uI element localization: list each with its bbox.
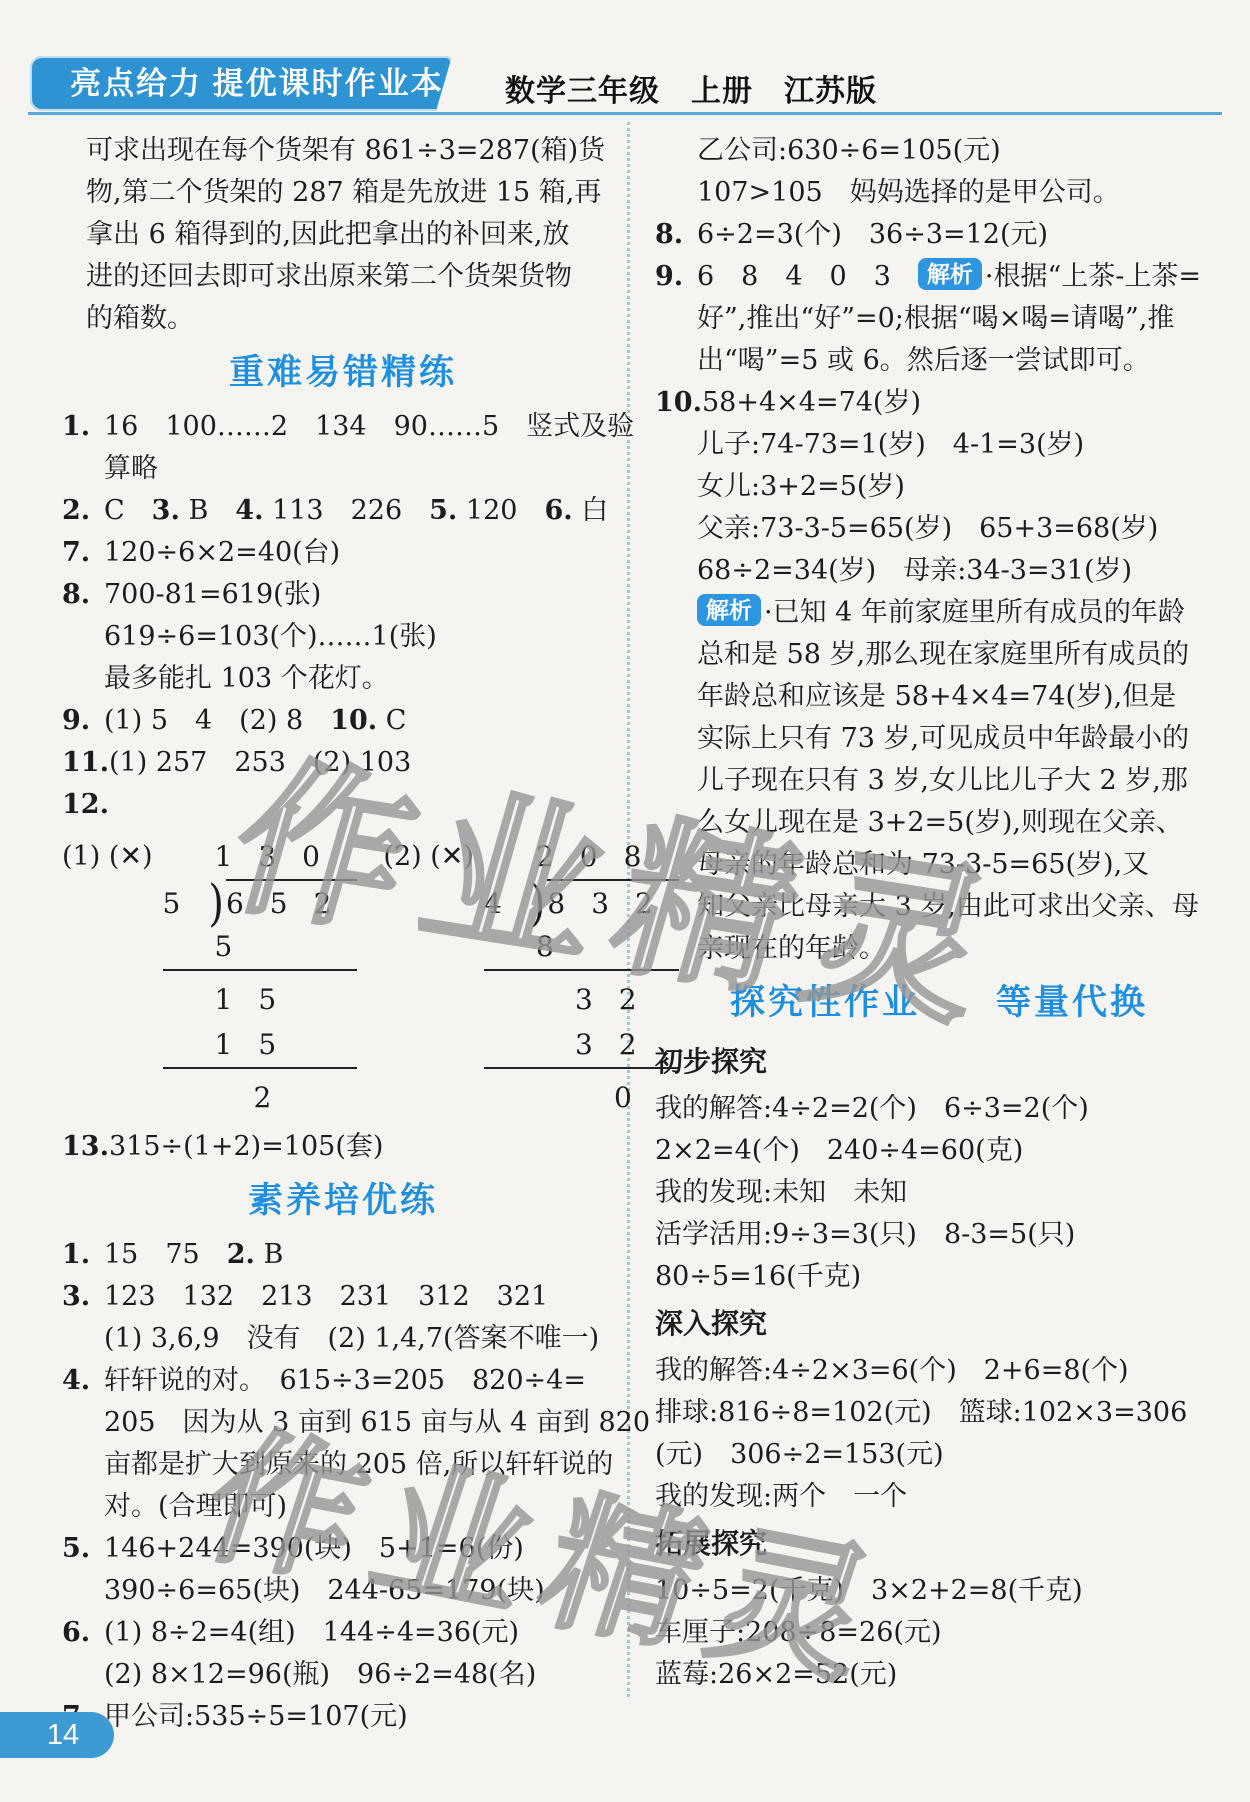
text-span: (1) 257 253 (2) 103 <box>109 747 411 778</box>
text-line: 解析·已知 4 年前家庭里所有成员的年龄 <box>655 592 1223 634</box>
text-span: 拓展探究 <box>655 1528 767 1559</box>
dividend-row: 4)832 <box>484 879 679 924</box>
text-span: 113 226 <box>263 495 429 526</box>
text-line: 4.轩轩说的对。 615÷3=205 820÷4= <box>62 1360 624 1402</box>
text-line: 物,第二个货架的 287 箱是先放进 15 箱,再 <box>62 172 624 214</box>
text-span: 排球:816÷8=102(元) 篮球:102×3=306 <box>655 1397 1187 1428</box>
sub-heading: 拓展探究 <box>655 1518 1223 1570</box>
text-span: 蓝莓:26×2=52(元) <box>655 1659 897 1690</box>
item-number: 11. <box>62 742 109 784</box>
text-span: 活学活用:9÷3=3(只) 8-3=5(只) <box>655 1219 1075 1250</box>
text-line: 活学活用:9÷3=3(只) 8-3=5(只) <box>655 1214 1223 1256</box>
text-span: 我的发现:两个 一个 <box>655 1481 907 1512</box>
text-span: 146+244=390(块) 5+1=6(份) <box>104 1533 524 1564</box>
text-span: 123 132 213 231 312 321 <box>104 1281 548 1312</box>
item-number: 5. <box>429 495 457 526</box>
text-line: 我的解答:4÷2×3=6(个) 2+6=8(个) <box>655 1350 1223 1392</box>
text-span: 15 75 <box>104 1239 227 1270</box>
subject-text: 数学三年级 上册 江苏版 <box>505 66 877 110</box>
text-span: 好”,推出“好”=0;根据“喝×喝=请喝”,推 <box>697 303 1174 334</box>
analysis-badge: 解析 <box>697 594 761 626</box>
text-span: 素养培优练 <box>248 1181 438 1220</box>
text-span: 进的还回去即可求出原来第二个货架货物 <box>86 261 572 292</box>
header-banner: 亮点给力 提优课时作业本 <box>30 56 452 111</box>
division-bracket: ) <box>208 876 224 932</box>
text-line: 父亲:73-3-5=65(岁) 65+3=68(岁) <box>655 508 1223 550</box>
logo-text: 亮点给力 提优课时作业本 <box>30 56 452 111</box>
text-span: 700-81=619(张) <box>104 579 321 610</box>
text-line: 11.(1) 257 253 (2) 103 <box>62 742 624 784</box>
text-line: 390÷6=65(块) 244-65=179(块) <box>62 1570 624 1612</box>
right-column: 乙公司:630÷6=105(元)107>105 妈妈选择的是甲公司。8.6÷2=… <box>655 130 1223 1696</box>
text-line: 9.(1) 5 4 (2) 8 10. C <box>62 700 624 742</box>
text-span: 10÷5=2(千克) 3×2+2=8(千克) <box>655 1575 1083 1606</box>
text-span: 白 <box>573 495 609 526</box>
text-line: 7.120÷6×2=40(台) <box>62 532 624 574</box>
item-number: 7. <box>62 532 104 574</box>
text-span: 年龄总和应该是 58+4×4=74(岁),但是 <box>697 681 1176 712</box>
text-span: (1) 3,6,9 没有 (2) 1,4,7(答案不唯一) <box>104 1323 599 1354</box>
text-line: 8.700-81=619(张) <box>62 574 624 616</box>
text-line: 80÷5=16(千克) <box>655 1256 1223 1298</box>
section-heading: 重难易错精练 <box>62 340 624 406</box>
text-line: 7.甲公司:535÷5=107(元) <box>62 1696 624 1738</box>
text-line: 13.315÷(1+2)=105(套) <box>62 1126 624 1168</box>
text-line: 亲现在的年龄。 <box>655 928 1223 970</box>
text-span: 么女儿现在是 3+2=5(岁),则现在父亲、 <box>697 807 1183 838</box>
work-row: 8 <box>484 924 679 969</box>
text-line: 我的发现:两个 一个 <box>655 1476 1223 1518</box>
text-span: 58+4×4=74(岁) <box>702 387 921 418</box>
item-number: 1. <box>62 1234 104 1276</box>
text-line: (1) 3,6,9 没有 (2) 1,4,7(答案不唯一) <box>62 1318 624 1360</box>
work-row: 15 <box>163 977 358 1022</box>
text-line: 可求出现在每个货架有 861÷3=287(箱)货 <box>62 130 624 172</box>
text-line: 儿子现在只有 3 岁,女儿比儿子大 2 岁,那 <box>655 760 1223 802</box>
text-span: ·已知 4 年前家庭里所有成员的年龄 <box>764 597 1185 628</box>
division-block: (1) (✕) 130 5)652 5 15 15 2 (2) (✕) 208 … <box>62 826 624 1126</box>
remainder: 0 <box>484 1075 679 1120</box>
text-span: 深入探究 <box>655 1308 767 1339</box>
text-span: 出“喝”=5 或 6。然后逐一尝试即可。 <box>697 345 1150 376</box>
item-number: 12. <box>62 784 109 826</box>
text-line: 205 因为从 3 亩到 615 亩与从 4 亩到 820 <box>62 1402 624 1444</box>
text-span: 6÷2=3(个) 36÷3=12(元) <box>697 219 1048 250</box>
item-number: 5. <box>62 1528 104 1570</box>
quotient: 130 <box>163 834 358 879</box>
item-number: 10. <box>655 382 702 424</box>
item-number: 4. <box>235 495 263 526</box>
text-span: 205 因为从 3 亩到 615 亩与从 4 亩到 820 <box>104 1407 650 1438</box>
text-span: 儿子:74-73=1(岁) 4-1=3(岁) <box>697 429 1084 460</box>
text-line: 9.6 8 4 0 3 解析·根据“上茶-上茶= <box>655 256 1223 298</box>
text-line: 5.146+244=390(块) 5+1=6(份) <box>62 1528 624 1570</box>
work-row: 5 <box>163 924 358 969</box>
text-span: 最多能扎 103 个花灯。 <box>104 663 389 694</box>
text-span: 107>105 妈妈选择的是甲公司。 <box>697 177 1120 208</box>
section-heading: 素养培优练 <box>62 1168 624 1234</box>
section-heading: 探究性作业 等量代换 <box>655 970 1223 1036</box>
text-line: 实际上只有 73 岁,可见成员中年龄最小的 <box>655 718 1223 760</box>
left-column-lines: 13.315÷(1+2)=105(套)素养培优练1.15 75 2. B3.12… <box>62 1126 624 1738</box>
item-number: 8. <box>62 574 104 616</box>
text-line: 总和是 58 岁,那么现在家庭里所有成员的 <box>655 634 1223 676</box>
text-span: B <box>180 495 235 526</box>
text-span: 物,第二个货架的 287 箱是先放进 15 箱,再 <box>86 177 601 208</box>
division-2-label: (2) (✕) <box>383 834 474 880</box>
text-line: 107>105 妈妈选择的是甲公司。 <box>655 172 1223 214</box>
item-number: 6. <box>62 1612 104 1654</box>
text-span: 儿子现在只有 3 岁,女儿比儿子大 2 岁,那 <box>697 765 1188 796</box>
subtraction-line <box>484 1067 679 1075</box>
text-line: 1.16 100……2 134 90……5 竖式及验 <box>62 406 624 448</box>
text-span: 知父亲比母亲大 3 岁,由此可求出父亲、母 <box>697 891 1199 922</box>
text-line: 10.58+4×4=74(岁) <box>655 382 1223 424</box>
text-span: 我的解答:4÷2=2(个) 6÷3=2(个) <box>655 1093 1089 1124</box>
item-number: 13. <box>62 1126 109 1168</box>
text-span: B <box>255 1239 283 1270</box>
dividend-row: 5)652 <box>163 879 358 924</box>
text-span: C <box>377 705 406 736</box>
text-span: 619÷6=103(个)……1(张) <box>104 621 437 652</box>
text-span: 初步探究 <box>655 1046 767 1077</box>
text-line: 6.(1) 8÷2=4(组) 144÷4=36(元) <box>62 1612 624 1654</box>
text-line: 么女儿现在是 3+2=5(岁),则现在父亲、 <box>655 802 1223 844</box>
text-line: 的箱数。 <box>62 298 624 340</box>
text-span: 120 <box>457 495 544 526</box>
text-span: 探究性作业 等量代换 <box>730 983 1148 1022</box>
header-rule <box>28 112 1222 115</box>
text-line: 车厘子:208÷8=26(元) <box>655 1612 1223 1654</box>
text-line: 拿出 6 箱得到的,因此把拿出的补回来,放 <box>62 214 624 256</box>
text-span: 6 8 4 0 3 <box>697 261 918 292</box>
text-line: 最多能扎 103 个花灯。 <box>62 658 624 700</box>
text-line: 2×2=4(个) 240÷4=60(克) <box>655 1130 1223 1172</box>
quotient: 208 <box>484 834 679 879</box>
text-span: 我的解答:4÷2×3=6(个) 2+6=8(个) <box>655 1355 1129 1386</box>
work-row: 15 <box>163 1022 358 1067</box>
subtraction-line <box>163 969 358 977</box>
text-span: 总和是 58 岁,那么现在家庭里所有成员的 <box>697 639 1189 670</box>
sub-heading: 深入探究 <box>655 1298 1223 1350</box>
left-column-lines: 可求出现在每个货架有 861÷3=287(箱)货物,第二个货架的 287 箱是先… <box>62 130 624 826</box>
text-line: 对。(合理即可) <box>62 1486 624 1528</box>
subtraction-line <box>484 969 679 977</box>
text-line: (元) 306÷2=153(元) <box>655 1434 1223 1476</box>
text-span: 算略 <box>104 453 158 484</box>
text-line: 8.6÷2=3(个) 36÷3=12(元) <box>655 214 1223 256</box>
text-line: 排球:816÷8=102(元) 篮球:102×3=306 <box>655 1392 1223 1434</box>
text-span: 轩轩说的对。 615÷3=205 820÷4= <box>104 1365 586 1396</box>
text-span: 的箱数。 <box>86 303 194 334</box>
text-span: 2×2=4(个) 240÷4=60(克) <box>655 1135 1023 1166</box>
text-span: 乙公司:630÷6=105(元) <box>697 135 1001 166</box>
item-number: 1. <box>62 406 104 448</box>
text-span: 甲公司:535÷5=107(元) <box>104 1701 408 1732</box>
text-line: 女儿:3+2=5(岁) <box>655 466 1223 508</box>
text-line: 1.15 75 2. B <box>62 1234 624 1276</box>
text-span: 拿出 6 箱得到的,因此把拿出的补回来,放 <box>86 219 570 250</box>
text-span: 女儿:3+2=5(岁) <box>697 471 905 502</box>
text-span: (1) 5 4 (2) 8 <box>104 705 330 736</box>
text-span: 实际上只有 73 岁,可见成员中年龄最小的 <box>697 723 1189 754</box>
text-span: 母亲的年龄总和为 73-3-5=65(岁),又 <box>697 849 1149 880</box>
text-line: 2.C 3. B 4. 113 226 5. 120 6. 白 <box>62 490 624 532</box>
left-column: 可求出现在每个货架有 861÷3=287(箱)货物,第二个货架的 287 箱是先… <box>62 130 624 1738</box>
text-line: (2) 8×12=96(瓶) 96÷2=48(名) <box>62 1654 624 1696</box>
text-span: 68÷2=34(岁) 母亲:34-3=31(岁) <box>697 555 1132 586</box>
item-number: 9. <box>62 700 104 742</box>
item-number: 4. <box>62 1360 104 1402</box>
text-line: 年龄总和应该是 58+4×4=74(岁),但是 <box>655 676 1223 718</box>
subtraction-line <box>163 1067 358 1075</box>
text-line: 儿子:74-73=1(岁) 4-1=3(岁) <box>655 424 1223 466</box>
text-span: (2) 8×12=96(瓶) 96÷2=48(名) <box>104 1659 536 1690</box>
sub-heading: 初步探究 <box>655 1036 1223 1088</box>
division-1-label: (1) (✕) <box>62 834 153 880</box>
text-line: 算略 <box>62 448 624 490</box>
item-number: 10. <box>330 705 377 736</box>
text-span: (元) 306÷2=153(元) <box>655 1439 944 1470</box>
text-span: 重难易错精练 <box>229 353 457 392</box>
text-span: 父亲:73-3-5=65(岁) 65+3=68(岁) <box>697 513 1158 544</box>
text-line: 619÷6=103(个)……1(张) <box>62 616 624 658</box>
analysis-badge: 解析 <box>918 258 982 290</box>
page-number-badge: 14 <box>0 1712 114 1758</box>
item-number: 2. <box>227 1239 255 1270</box>
text-line: 我的解答:4÷2=2(个) 6÷3=2(个) <box>655 1088 1223 1130</box>
text-line: 12. <box>62 784 624 826</box>
text-line: 母亲的年龄总和为 73-3-5=65(岁),又 <box>655 844 1223 886</box>
text-span: 亩都是扩大到原来的 205 倍,所以轩轩说的 <box>104 1449 613 1480</box>
work-row: 32 <box>484 977 679 1022</box>
text-line: 68÷2=34(岁) 母亲:34-3=31(岁) <box>655 550 1223 592</box>
dividend: 652 <box>226 879 357 926</box>
item-number: 9. <box>655 256 697 298</box>
text-line: 10÷5=2(千克) 3×2+2=8(千克) <box>655 1570 1223 1612</box>
text-span: 390÷6=65(块) 244-65=179(块) <box>104 1575 545 1606</box>
text-line: 出“喝”=5 或 6。然后逐一尝试即可。 <box>655 340 1223 382</box>
text-span: 亲现在的年龄。 <box>697 933 886 964</box>
item-number: 3. <box>62 1276 104 1318</box>
text-line: 我的发现:未知 未知 <box>655 1172 1223 1214</box>
text-line: 好”,推出“好”=0;根据“喝×喝=请喝”,推 <box>655 298 1223 340</box>
text-span: 车厘子:208÷8=26(元) <box>655 1617 941 1648</box>
text-line: 蓝莓:26×2=52(元) <box>655 1654 1223 1696</box>
text-span: 80÷5=16(千克) <box>655 1261 861 1292</box>
text-span: 315÷(1+2)=105(套) <box>109 1131 383 1162</box>
text-span: 我的发现:未知 未知 <box>655 1177 907 1208</box>
text-span: 120÷6×2=40(台) <box>104 537 340 568</box>
page: 亮点给力 提优课时作业本 数学三年级 上册 江苏版 可求出现在每个货架有 861… <box>0 0 1250 1802</box>
work-row: 32 <box>484 1022 679 1067</box>
text-span: ·根据“上茶-上茶= <box>985 261 1201 292</box>
text-line: 3.123 132 213 231 312 321 <box>62 1276 624 1318</box>
divisor: 5 <box>163 887 207 920</box>
item-number: 2. <box>62 490 104 532</box>
text-line: 亩都是扩大到原来的 205 倍,所以轩轩说的 <box>62 1444 624 1486</box>
item-number: 8. <box>655 214 697 256</box>
item-number: 6. <box>544 495 572 526</box>
text-span: 对。(合理即可) <box>104 1491 287 1522</box>
division-bracket: ) <box>530 876 546 932</box>
text-span: C <box>104 495 152 526</box>
text-line: 乙公司:630÷6=105(元) <box>655 130 1223 172</box>
item-number: 3. <box>152 495 180 526</box>
text-line: 知父亲比母亲大 3 岁,由此可求出父亲、母 <box>655 886 1223 928</box>
text-span: (1) 8÷2=4(组) 144÷4=36(元) <box>104 1617 519 1648</box>
text-span: 可求出现在每个货架有 861÷3=287(箱)货 <box>86 135 605 166</box>
divisor: 4 <box>484 887 528 920</box>
long-division-2: 208 4)832 8 32 32 0 <box>484 834 679 1120</box>
remainder: 2 <box>163 1075 358 1120</box>
text-line: 进的还回去即可求出原来第二个货架货物 <box>62 256 624 298</box>
text-span: 16 100……2 134 90……5 竖式及验 <box>104 411 634 442</box>
long-division-1: 130 5)652 5 15 15 2 <box>163 834 358 1120</box>
